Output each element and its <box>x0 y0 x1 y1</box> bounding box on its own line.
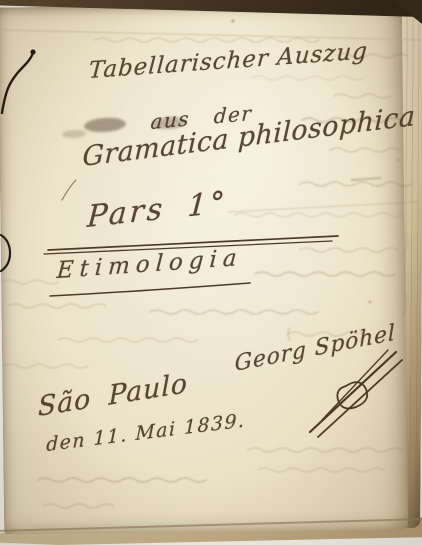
manuscript-photo: Tabellarischer Auszug aus der Gramatica … <box>0 0 422 545</box>
